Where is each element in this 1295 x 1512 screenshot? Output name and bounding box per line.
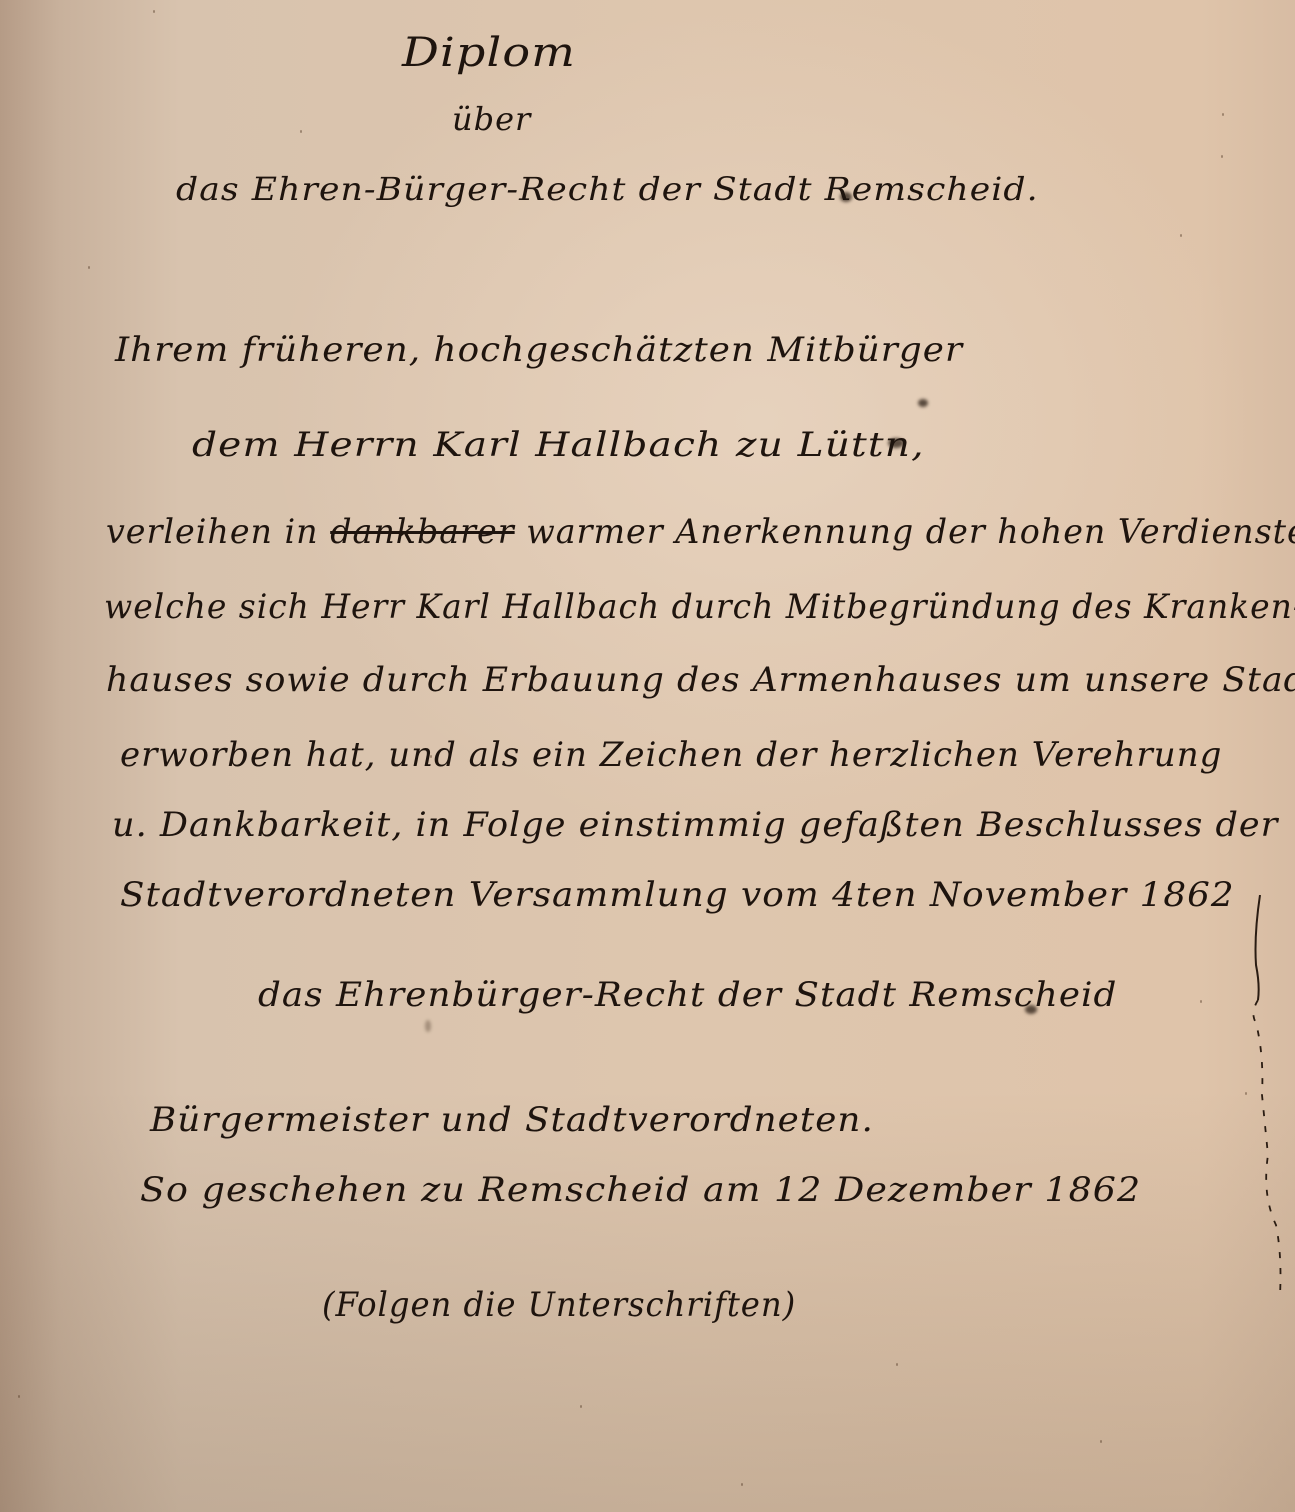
paper-speck [1245, 1092, 1247, 1095]
paper-speck [153, 10, 155, 13]
body-line-7: u. Dankbarkeit, in Folge einstimmig gefa… [112, 805, 1278, 845]
paper-speck [1200, 1000, 1202, 1003]
paper-speck [1180, 234, 1182, 237]
body-line-10: Bürgermeister und Stadtverordneten. [150, 1100, 874, 1140]
paper-speck [580, 1405, 582, 1408]
signatures-note: (Folgen die Unterschriften) [322, 1285, 796, 1325]
paper-speck [1100, 1440, 1102, 1443]
ink-blot [918, 399, 928, 407]
paper-speck [1221, 155, 1223, 158]
manuscript-page: Diplom über das Ehren-Bürger-Recht der S… [0, 0, 1295, 1512]
body-line-3: verleihen in dankbarer warmer Anerkennun… [106, 512, 1295, 552]
paper-speck [18, 1395, 20, 1398]
paper-speck [896, 1363, 898, 1366]
place-date-line: So geschehen zu Remscheid am 12 Dezember… [140, 1170, 1141, 1210]
body-line-8: Stadtverordneten Versammlung vom 4ten No… [120, 875, 1235, 915]
paper-speck [88, 266, 90, 269]
body-line-1: Ihrem früheren, hochgeschätzten Mitbürge… [115, 330, 963, 370]
paper-speck [300, 130, 302, 133]
body-line-2: dem Herrn Karl Hallbach zu Lüttn, [192, 425, 925, 465]
body-line-6: erworben hat, und als ein Zeichen der he… [120, 735, 1222, 775]
document-title: Diplom [402, 30, 576, 76]
body-line-9: das Ehrenbürger-Recht der Stadt Remschei… [258, 975, 1117, 1015]
ink-blot [425, 1020, 431, 1032]
body-line-5: hauses sowie durch Erbauung des Armenhau… [106, 660, 1295, 700]
body-line-3-start: verleihen in [106, 512, 319, 552]
paper-speck [741, 1483, 743, 1486]
body-line-4: welche sich Herr Karl Hallbach durch Mit… [104, 587, 1295, 627]
document-subject: das Ehren-Bürger-Recht der Stadt Remsche… [176, 170, 1039, 208]
paper-speck [1222, 113, 1224, 116]
document-subtitle: über [452, 100, 531, 138]
margin-bracket-line [1248, 895, 1288, 1295]
struck-word: dankbarer [330, 512, 514, 552]
body-line-3-end: warmer Anerkennung der hohen Verdienste, [526, 512, 1295, 552]
